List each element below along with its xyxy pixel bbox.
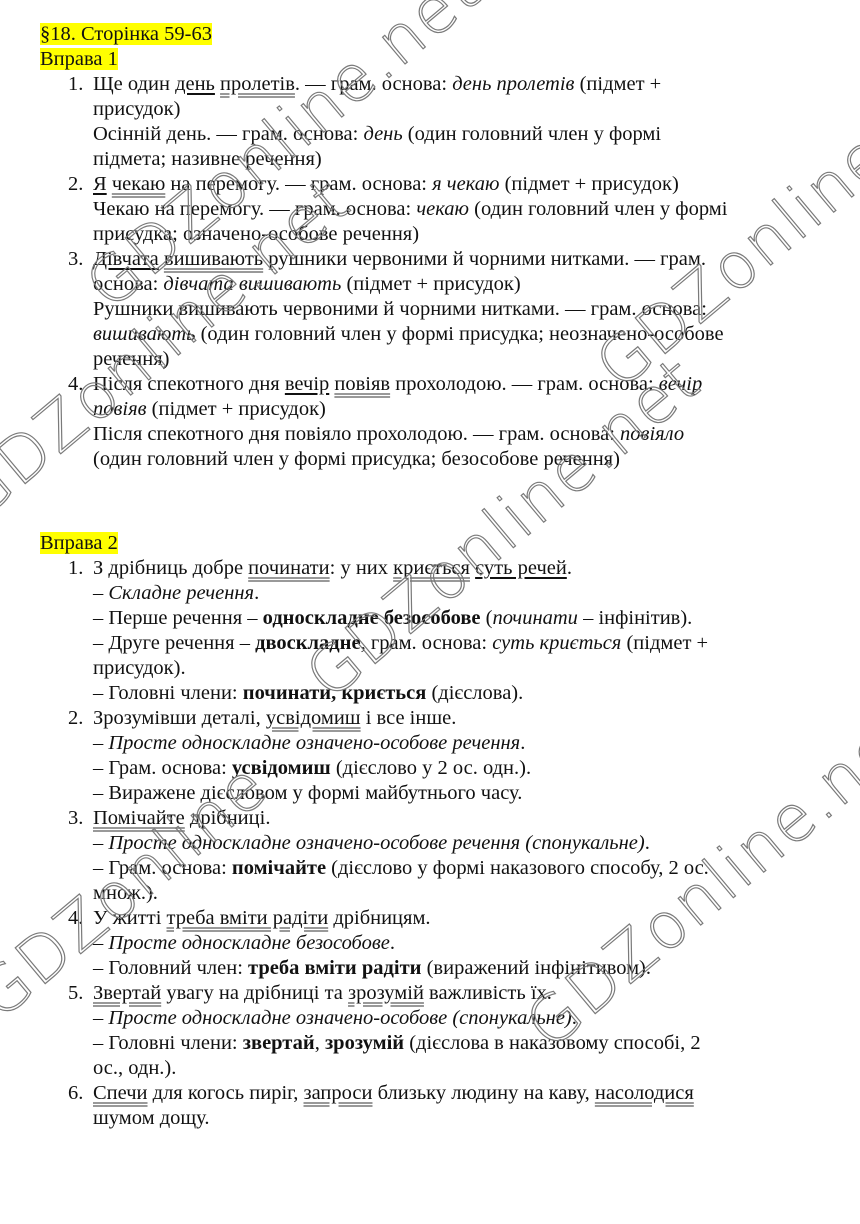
text: Після спекотного дня повіяло прохолодою.… [93,423,620,445]
italic-text: чекаю [416,198,469,220]
list-item: 3.Дівчата вишивають рушники червоними й … [68,247,828,372]
text-line: 4.У житті треба вміти радіти дрібницям. [68,906,828,931]
text: . [567,557,572,579]
text-line: – Виражене дієсловом у формі майбутнього… [68,781,828,806]
text: Осінній день. — грам. основа: [93,123,363,145]
text-line: – Просте односкладне означено-особове (с… [68,1006,828,1031]
text: і все інше. [361,707,457,729]
bold-text: односкладне безособове [263,607,481,629]
text: – Перше речення – [93,607,263,629]
text-line: – Головний член: треба вміти радіти (вир… [68,956,828,981]
predicate-word: криється [393,557,470,579]
item-number: 4. [68,906,93,931]
text: основа: [93,273,163,295]
text-line: – Друге речення – двоскладне, грам. осно… [68,631,828,656]
text-line: повіяв (підмет + присудок) [68,397,828,422]
text-line: – Просте односкладне означено-особове ре… [68,731,828,756]
text-line: (один головний член у формі присудка; бе… [68,447,828,472]
italic-text: починати [492,607,577,629]
text: Зрозумівши деталі, [93,707,266,729]
text-line: вишивають (один головний член у формі пр… [68,322,828,347]
text: Рушники вишивають червоними й чорними ни… [93,298,707,320]
text-line: Осінній день. — грам. основа: день (один… [68,122,828,147]
text: підмета; називне речення) [93,148,322,170]
text: – [93,582,108,604]
text-line: присудок) [68,97,828,122]
text-line: 2.Зрозумівши деталі, усвідомиш і все інш… [68,706,828,731]
text-line: підмета; називне речення) [68,147,828,172]
text: – Виражене дієсловом у формі майбутнього… [93,782,522,804]
item-number: 6. [68,1081,93,1106]
text: – [93,732,108,754]
text: – Головні члени: [93,682,243,704]
text-line: присудок). [68,656,828,681]
bold-text: починати, криється [243,682,427,704]
predicate-word: зрозумій [348,982,424,1004]
bold-text: треба вміти радіти [248,957,421,979]
predicate-word: Звертай [93,982,161,1004]
text: (дієслово у формі наказового способу, 2 … [326,857,709,879]
predicate-word: запроси [304,1082,373,1104]
text-line: – Головні члени: починати, криється (діє… [68,681,828,706]
text: – Грам. основа: [93,757,232,779]
text: Після спекотного дня [93,373,285,395]
text: речення) [93,348,169,370]
italic-text: суть криється [492,632,621,654]
text: , [315,1032,325,1054]
text: (дієслова в наказовому способі, 2 [404,1032,701,1054]
predicate-word: Помічайте [93,807,185,829]
predicate-word: пролетів [220,73,295,95]
italic-text: Просте односкладне безособове [108,932,389,954]
italic-text: Просте односкладне означено-особове (спо… [108,1007,571,1029]
text: дрібниці. [185,807,271,829]
text: рушники червоними й чорними нитками. — г… [263,248,706,270]
italic-text: вечір [659,373,702,395]
list-item: 6.Спечи для когось пиріг, запроси близьк… [68,1081,828,1131]
italic-text: дівчата вишивають [163,273,341,295]
italic-text: повіяв [93,398,147,420]
text-line: 1.З дрібниць добре починати: у них криєт… [68,556,828,581]
text-line: присудка; означено-особове речення) [68,222,828,247]
text-line: ос., одн.). [68,1056,828,1081]
predicate-word: починати [248,557,329,579]
text-line: шумом дощу. [68,1106,828,1131]
text: . [520,732,525,754]
text-line: 4.Після спекотного дня вечір повіяв прох… [68,372,828,397]
text: – Головний член: [93,957,248,979]
text: : у них [330,557,394,579]
text: (підмет + [574,73,661,95]
exercise-2-heading: Вправа 2 [40,531,118,556]
item-number: 1. [68,72,93,97]
italic-text: Просте односкладне означено-особове рече… [108,832,644,854]
text: – [93,932,108,954]
text: . [254,582,259,604]
text: на перемогу. — грам. основа: [165,173,432,195]
text: (підмет + [621,632,708,654]
text: (один головний член у формі [403,123,661,145]
italic-text: Просте односкладне означено-особове рече… [108,732,520,754]
text-line: множ.). [68,881,828,906]
italic-text: вишивають [93,323,195,345]
predicate-word: треба вміти радіти [167,907,329,929]
text: (один головний член у формі [469,198,727,220]
text-line: – Грам. основа: помічайте (дієслово у фо… [68,856,828,881]
text: увагу на дрібниці та [161,982,348,1004]
text-line: Рушники вишивають червоними й чорними ни… [68,297,828,322]
text: (підмет + присудок) [499,173,678,195]
subject-word: Дівчата [93,248,159,270]
list-item: 2.Зрозумівши деталі, усвідомиш і все інш… [68,706,828,806]
text: (підмет + присудок) [147,398,326,420]
text: Ще один [93,73,175,95]
text-line: – Просте односкладне означено-особове ре… [68,831,828,856]
text: . [390,932,395,954]
exercise-2-title: Вправа 2 [40,532,118,554]
text: присудок). [93,657,186,679]
subject-word: Я [93,173,107,195]
list-item: 4.Після спекотного дня вечір повіяв прох… [68,372,828,472]
list-item: 3.Помічайте дрібниці.– Просте односкладн… [68,806,828,906]
text-line: Після спекотного дня повіяло прохолодою.… [68,422,828,447]
text: . [572,1007,577,1029]
text: – Друге речення – [93,632,255,654]
text: присудок) [93,98,180,120]
text: присудка; означено-особове речення) [93,223,419,245]
bold-text: звертай [243,1032,315,1054]
predicate-word: насолодися [595,1082,694,1104]
text-line: 2.Я чекаю на перемогу. — грам. основа: я… [68,172,828,197]
text: – Грам. основа: [93,857,232,879]
item-number: 2. [68,172,93,197]
predicate-word: повіяв [334,373,390,395]
text-line: – Складне речення. [68,581,828,606]
text: (один головний член у формі присудка; бе… [93,448,620,470]
text: (один головний член у формі присудка; не… [195,323,723,345]
bold-text: двоскладне [255,632,361,654]
predicate-word: вишивають [164,248,263,270]
text: У житті [93,907,167,929]
item-number: 3. [68,806,93,831]
text: дрібницям. [328,907,430,929]
subject-word: суть речей [475,557,567,579]
text: (підмет + присудок) [341,273,520,295]
section-heading: §18. Сторінка 59-63 [40,22,212,47]
text: (дієслово у 2 ос. одн.). [331,757,531,779]
text-line: речення) [68,347,828,372]
exercise-1-title: Вправа 1 [40,48,118,70]
text: для когось пиріг, [148,1082,304,1104]
list-item: 4.У житті треба вміти радіти дрібницям.–… [68,906,828,981]
text: Чекаю на перемогу. — грам. основа: [93,198,416,220]
bold-text: зрозумій [325,1032,404,1054]
text-line: 1.Ще один день пролетів. — грам. основа:… [68,72,828,97]
text: – Головні члени: [93,1032,243,1054]
text: , грам. основа: [361,632,493,654]
list-item: 2.Я чекаю на перемогу. — грам. основа: я… [68,172,828,247]
item-number: 4. [68,372,93,397]
list-item: 1.Ще один день пролетів. — грам. основа:… [68,72,828,172]
text: – [93,832,108,854]
predicate-word: Спечи [93,1082,148,1104]
text: (дієслова). [426,682,523,704]
subject-word: вечір [285,373,329,395]
bold-text: усвідомиш [232,757,331,779]
text-line: – Головні члени: звертай, зрозумій (дієс… [68,1031,828,1056]
text-line: – Перше речення – односкладне безособове… [68,606,828,631]
text-line: – Грам. основа: усвідомиш (дієслово у 2 … [68,756,828,781]
list-item: 5.Звертай увагу на дрібниці та зрозумій … [68,981,828,1081]
item-number: 3. [68,247,93,272]
subject-word: день [175,73,215,95]
text: ( [481,607,493,629]
text: прохолодою. — грам. основа: [390,373,659,395]
text: . [645,832,650,854]
text: – інфінітив). [578,607,692,629]
list-item: 1.З дрібниць добре починати: у них криєт… [68,556,828,706]
text: . — грам. основа: [295,73,452,95]
text: ос., одн.). [93,1057,176,1079]
text-line: 3.Помічайте дрібниці. [68,806,828,831]
text: важливість їх. [424,982,552,1004]
italic-text: я чекаю [432,173,499,195]
text: – [93,1007,108,1029]
text-line: основа: дівчата вишивають (підмет + прис… [68,272,828,297]
section-title: §18. Сторінка 59-63 [40,23,212,45]
item-number: 5. [68,981,93,1006]
text-line: 5.Звертай увагу на дрібниці та зрозумій … [68,981,828,1006]
predicate-word: усвідомиш [266,707,361,729]
text: близьку людину на каву, [372,1082,594,1104]
italic-text: повіяло [620,423,684,445]
item-number: 1. [68,556,93,581]
bold-text: помічайте [232,857,326,879]
exercise-1-heading: Вправа 1 [40,47,118,72]
text-line: 3.Дівчата вишивають рушники червоними й … [68,247,828,272]
italic-text: день [363,123,402,145]
text: (виражений інфінітивом). [421,957,651,979]
predicate-word: чекаю [112,173,165,195]
text-line: – Просте односкладне безособове. [68,931,828,956]
italic-text: Складне речення [108,582,254,604]
text: шумом дощу. [93,1107,209,1129]
text-line: Чекаю на перемогу. — грам. основа: чекаю… [68,197,828,222]
item-number: 2. [68,706,93,731]
italic-text: день пролетів [452,73,574,95]
text: множ.). [93,882,158,904]
text-line: 6.Спечи для когось пиріг, запроси близьк… [68,1081,828,1106]
text: З дрібниць добре [93,557,248,579]
